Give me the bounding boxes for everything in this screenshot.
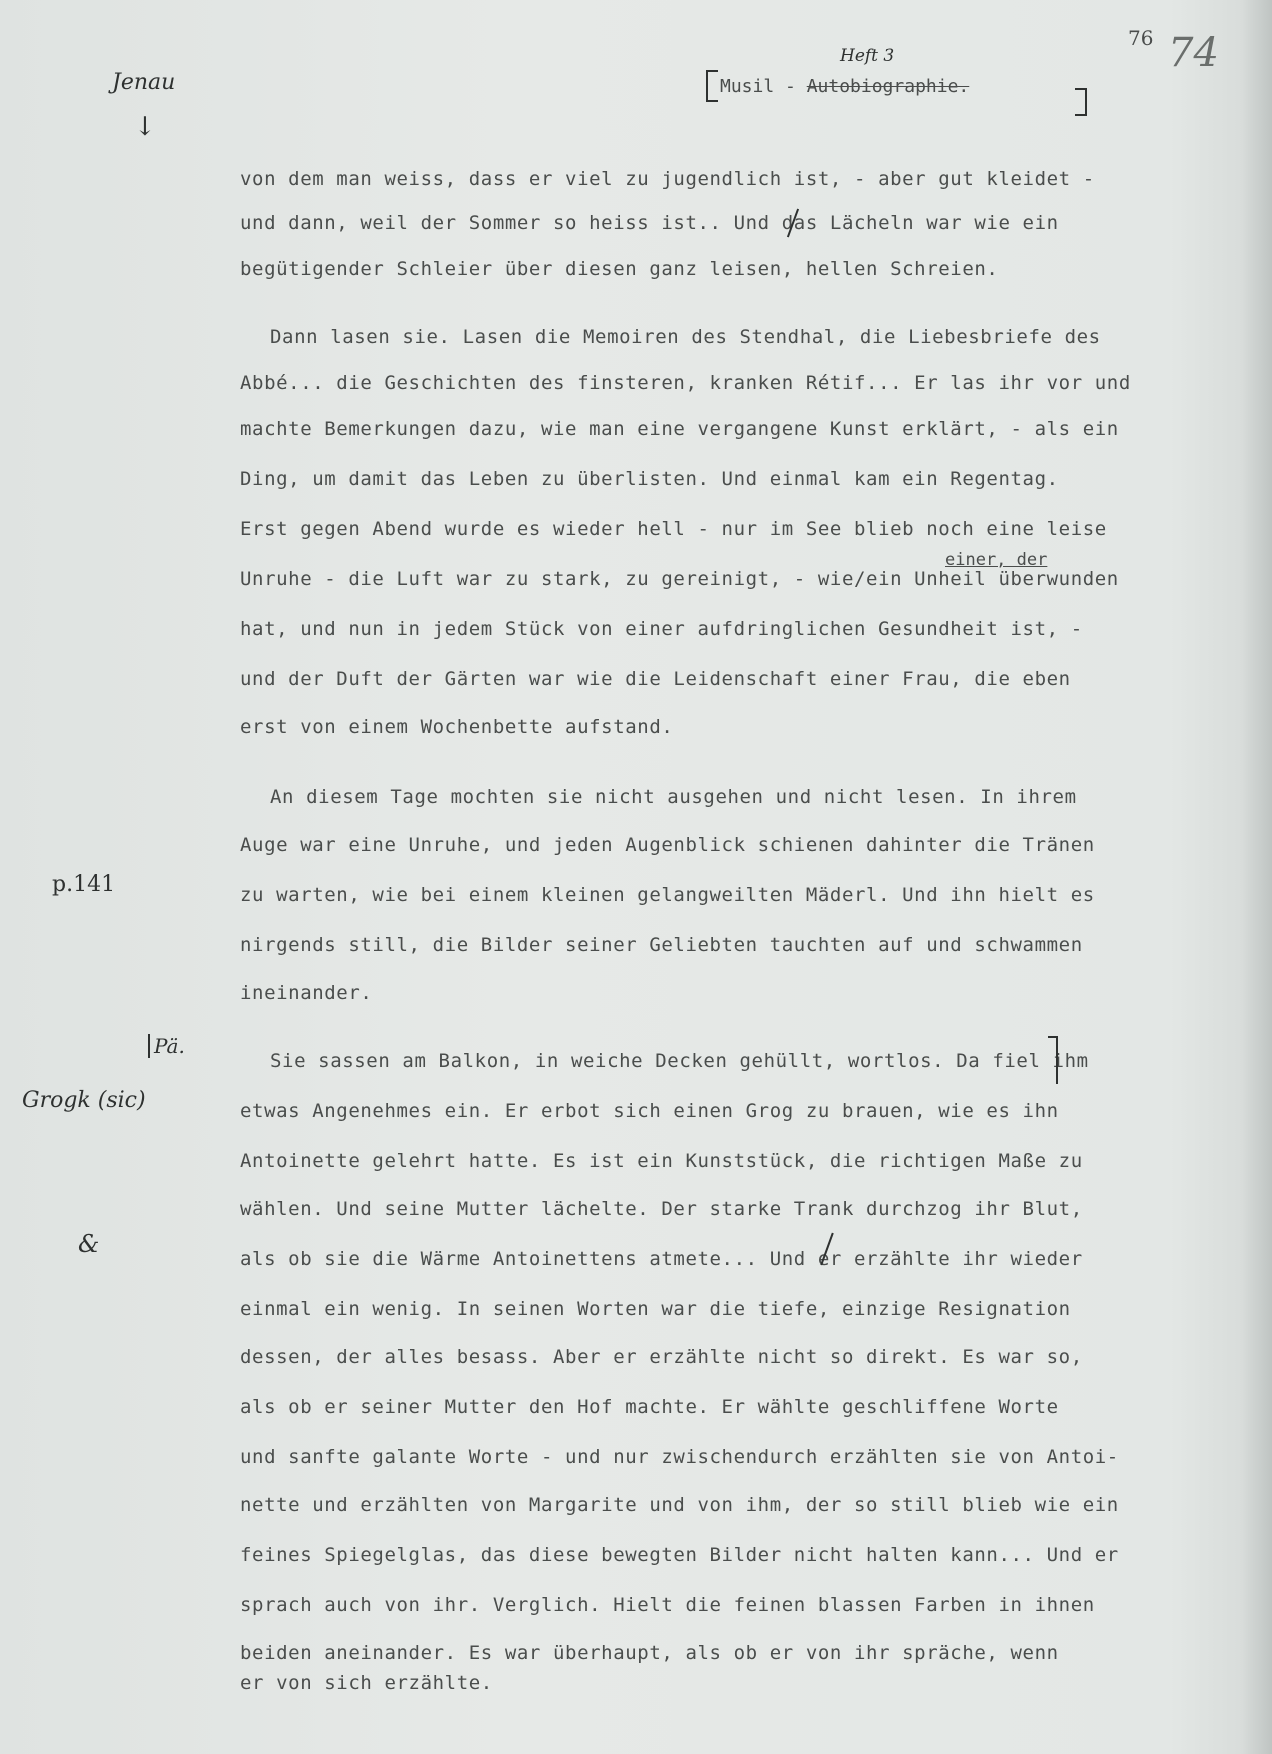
text-line: er von sich erzählte. xyxy=(240,1672,493,1694)
interlinear-einer-der: einer, der xyxy=(945,550,1047,570)
margin-note-bracket: Pä. xyxy=(148,1034,185,1058)
margin-ampersand-mark: & xyxy=(78,1230,99,1258)
text-line: von dem man weiss, dass er viel zu jugen… xyxy=(240,168,1095,190)
margin-arrow-icon: ↓ xyxy=(134,112,156,142)
text-line: sprach auch von ihr. Verglich. Hielt die… xyxy=(240,1594,1095,1616)
header-bracket-left xyxy=(706,70,718,102)
header-title: Musil - Autobiographie. xyxy=(720,76,969,97)
text-line: und der Duft der Gärten war wie die Leid… xyxy=(240,668,1071,690)
text-line: Unruhe - die Luft war zu stark, zu gerei… xyxy=(240,568,1119,590)
header-note-heft: Heft 3 xyxy=(840,46,894,66)
text-line: dessen, der alles besass. Aber er erzähl… xyxy=(240,1346,1083,1368)
text-line: An diesem Tage mochten sie nicht ausgehe… xyxy=(270,786,1077,808)
text-line: Auge war eine Unruhe, und jeden Augenbli… xyxy=(240,834,1095,856)
page-edge-shadow xyxy=(1242,0,1272,1754)
text-line: hat, und nun in jedem Stück von einer au… xyxy=(240,618,1083,640)
text-line: erst von einem Wochenbette aufstand. xyxy=(240,716,673,738)
text-line: Antoinette gelehrt hatte. Es ist ein Kun… xyxy=(240,1150,1083,1172)
text-line: einmal ein wenig. In seinen Worten war d… xyxy=(240,1298,1071,1320)
margin-note-p141: p.141 xyxy=(52,872,115,897)
header-bracket-right xyxy=(1075,88,1087,116)
header-title-struck: Autobiographie. xyxy=(807,76,970,97)
text-line: als ob sie die Wärme Antoinettens atmete… xyxy=(240,1248,1083,1270)
text-line: nirgends still, die Bilder seiner Gelieb… xyxy=(240,934,1083,956)
text-line: und dann, weil der Sommer so heiss ist..… xyxy=(240,212,1059,234)
text-line: wählen. Und seine Mutter lächelte. Der s… xyxy=(240,1198,1083,1220)
text-line: zu warten, wie bei einem kleinen gelangw… xyxy=(240,884,1095,906)
margin-note-grogk: Grogk (sic) xyxy=(22,1088,146,1113)
header-title-kept: Musil - xyxy=(720,76,807,97)
text-line: Ding, um damit das Leben zu überlisten. … xyxy=(240,468,1059,490)
margin-note-jenau: Jenau xyxy=(112,70,175,95)
text-line: begütigender Schleier über diesen ganz l… xyxy=(240,258,998,280)
text-line: Abbé... die Geschichten des finsteren, k… xyxy=(240,372,1131,394)
page-number-large: 74 xyxy=(1168,30,1219,76)
page-number-small: 76 xyxy=(1128,26,1153,50)
text-line: Sie sassen am Balkon, in weiche Decken g… xyxy=(270,1050,1089,1072)
text-line: ineinander. xyxy=(240,982,372,1004)
text-line: Dann lasen sie. Lasen die Memoiren des S… xyxy=(270,326,1101,348)
text-line: machte Bemerkungen dazu, wie man eine ve… xyxy=(240,418,1119,440)
editorial-bracket-mark xyxy=(1048,1036,1058,1084)
text-line: als ob er seiner Mutter den Hof machte. … xyxy=(240,1396,1059,1418)
text-line: etwas Angenehmes ein. Er erbot sich eine… xyxy=(240,1100,1059,1122)
text-line: beiden aneinander. Es war überhaupt, als… xyxy=(240,1642,1059,1664)
text-line: Erst gegen Abend wurde es wieder hell - … xyxy=(240,518,1107,540)
manuscript-page: 76 74 Heft 3 Musil - Autobiographie. Jen… xyxy=(0,0,1272,1754)
text-line: feines Spiegelglas, das diese bewegten B… xyxy=(240,1544,1119,1566)
text-line: und sanfte galante Worte - und nur zwisc… xyxy=(240,1446,1119,1468)
text-line: nette und erzählten von Margarite und vo… xyxy=(240,1494,1119,1516)
